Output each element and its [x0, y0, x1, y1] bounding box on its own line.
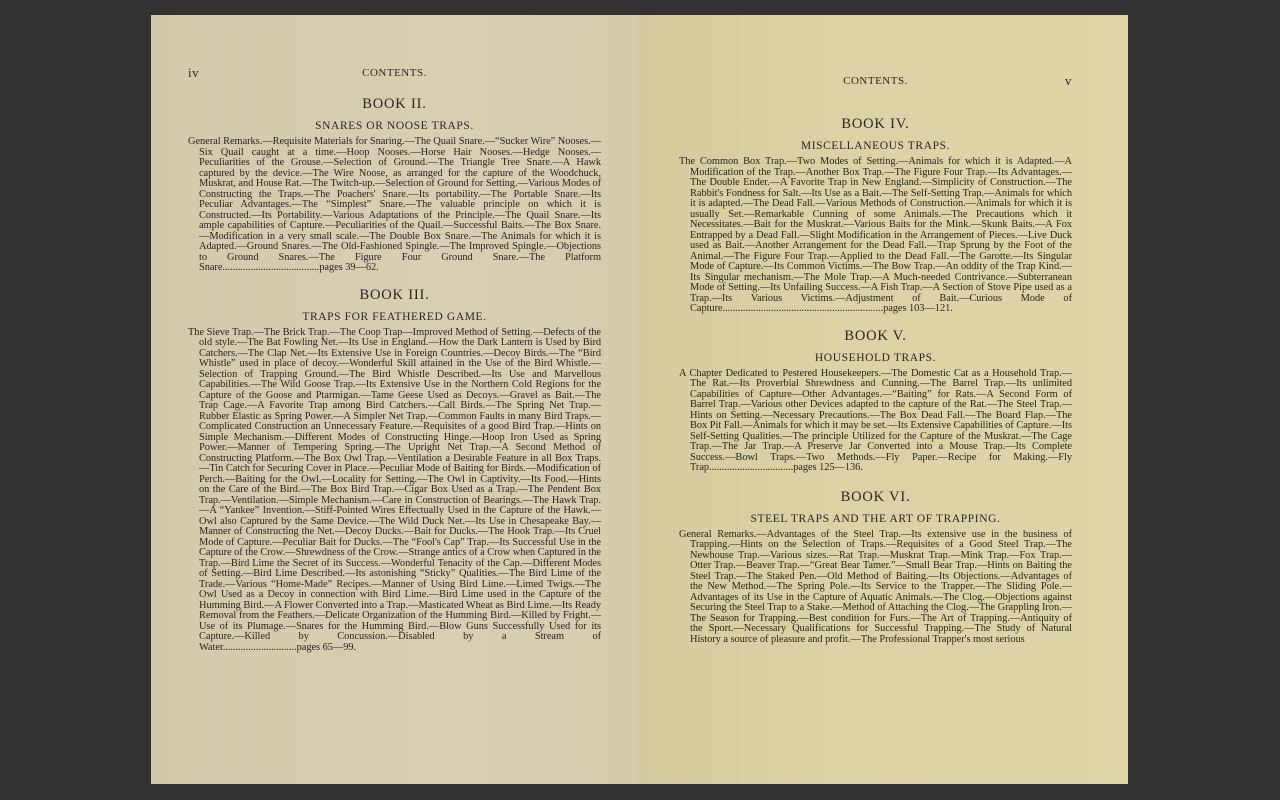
entry-text: The Sieve Trap.—The Brick Trap.—The Coop… — [188, 327, 601, 653]
page-range: pages 125—136. — [793, 462, 863, 473]
book-heading: BOOK VI. — [679, 488, 1072, 506]
book-subtitle: MISCELLANEOUS TRAPS. — [679, 139, 1072, 153]
book-heading: BOOK II. — [188, 95, 601, 113]
entry-text: A Chapter Dedicated to Pestered Housekee… — [679, 368, 1072, 474]
page-number: iv — [188, 65, 199, 81]
running-head-title: CONTENTS. — [843, 75, 908, 87]
book-spread: iv CONTENTS. BOOK II. SNARES OR NOOSE TR… — [151, 15, 1128, 784]
toc-section-book-vi: BOOK VI. STEEL TRAPS AND THE ART OF TRAP… — [679, 488, 1072, 646]
book-subtitle: TRAPS FOR FEATHERED GAME. — [188, 310, 601, 324]
page-range: pages 39—62. — [319, 262, 378, 273]
dot-leader: ................................. — [709, 462, 793, 473]
book-heading: BOOK IV. — [679, 115, 1072, 133]
right-page: CONTENTS. v BOOK IV. MISCELLANEOUS TRAPS… — [639, 15, 1128, 784]
dot-leader: ............................. — [223, 642, 297, 653]
entry-text: General Remarks.—Advantages of the Steel… — [679, 529, 1072, 645]
book-subtitle: HOUSEHOLD TRAPS. — [679, 351, 1072, 365]
toc-entry: General Remarks.—Requisite Materials for… — [188, 137, 601, 274]
dot-leader: ...................................... — [222, 262, 319, 273]
book-subtitle: SNARES OR NOOSE TRAPS. — [188, 119, 601, 133]
toc-entry: The Sieve Trap.—The Brick Trap.—The Coop… — [188, 328, 601, 654]
book-heading: BOOK V. — [679, 327, 1072, 345]
book-heading: BOOK III. — [188, 286, 601, 304]
running-head-title: CONTENTS. — [362, 67, 427, 79]
toc-section-book-ii: BOOK II. SNARES OR NOOSE TRAPS. General … — [188, 95, 601, 274]
toc-entry: The Common Box Trap.—Two Modes of Settin… — [679, 157, 1072, 315]
toc-entry: A Chapter Dedicated to Pestered Housekee… — [679, 369, 1072, 474]
left-page: iv CONTENTS. BOOK II. SNARES OR NOOSE TR… — [151, 15, 639, 784]
book-subtitle: STEEL TRAPS AND THE ART OF TRAPPING. — [679, 512, 1072, 526]
entry-text: General Remarks.—Requisite Materials for… — [188, 136, 601, 273]
running-head: iv CONTENTS. — [188, 67, 601, 83]
toc-entry: General Remarks.—Advantages of the Steel… — [679, 530, 1072, 646]
toc-section-book-v: BOOK V. HOUSEHOLD TRAPS. A Chapter Dedic… — [679, 327, 1072, 474]
page-number: v — [1065, 73, 1072, 89]
toc-section-book-iii: BOOK III. TRAPS FOR FEATHERED GAME. The … — [188, 286, 601, 654]
toc-section-book-iv: BOOK IV. MISCELLANEOUS TRAPS. The Common… — [679, 115, 1072, 315]
page-range: pages 103—121. — [883, 303, 953, 314]
page-range: pages 65—99. — [297, 642, 356, 653]
entry-text: The Common Box Trap.—Two Modes of Settin… — [679, 156, 1072, 314]
dot-leader: ........................................… — [723, 303, 884, 314]
running-head: CONTENTS. v — [679, 75, 1072, 91]
